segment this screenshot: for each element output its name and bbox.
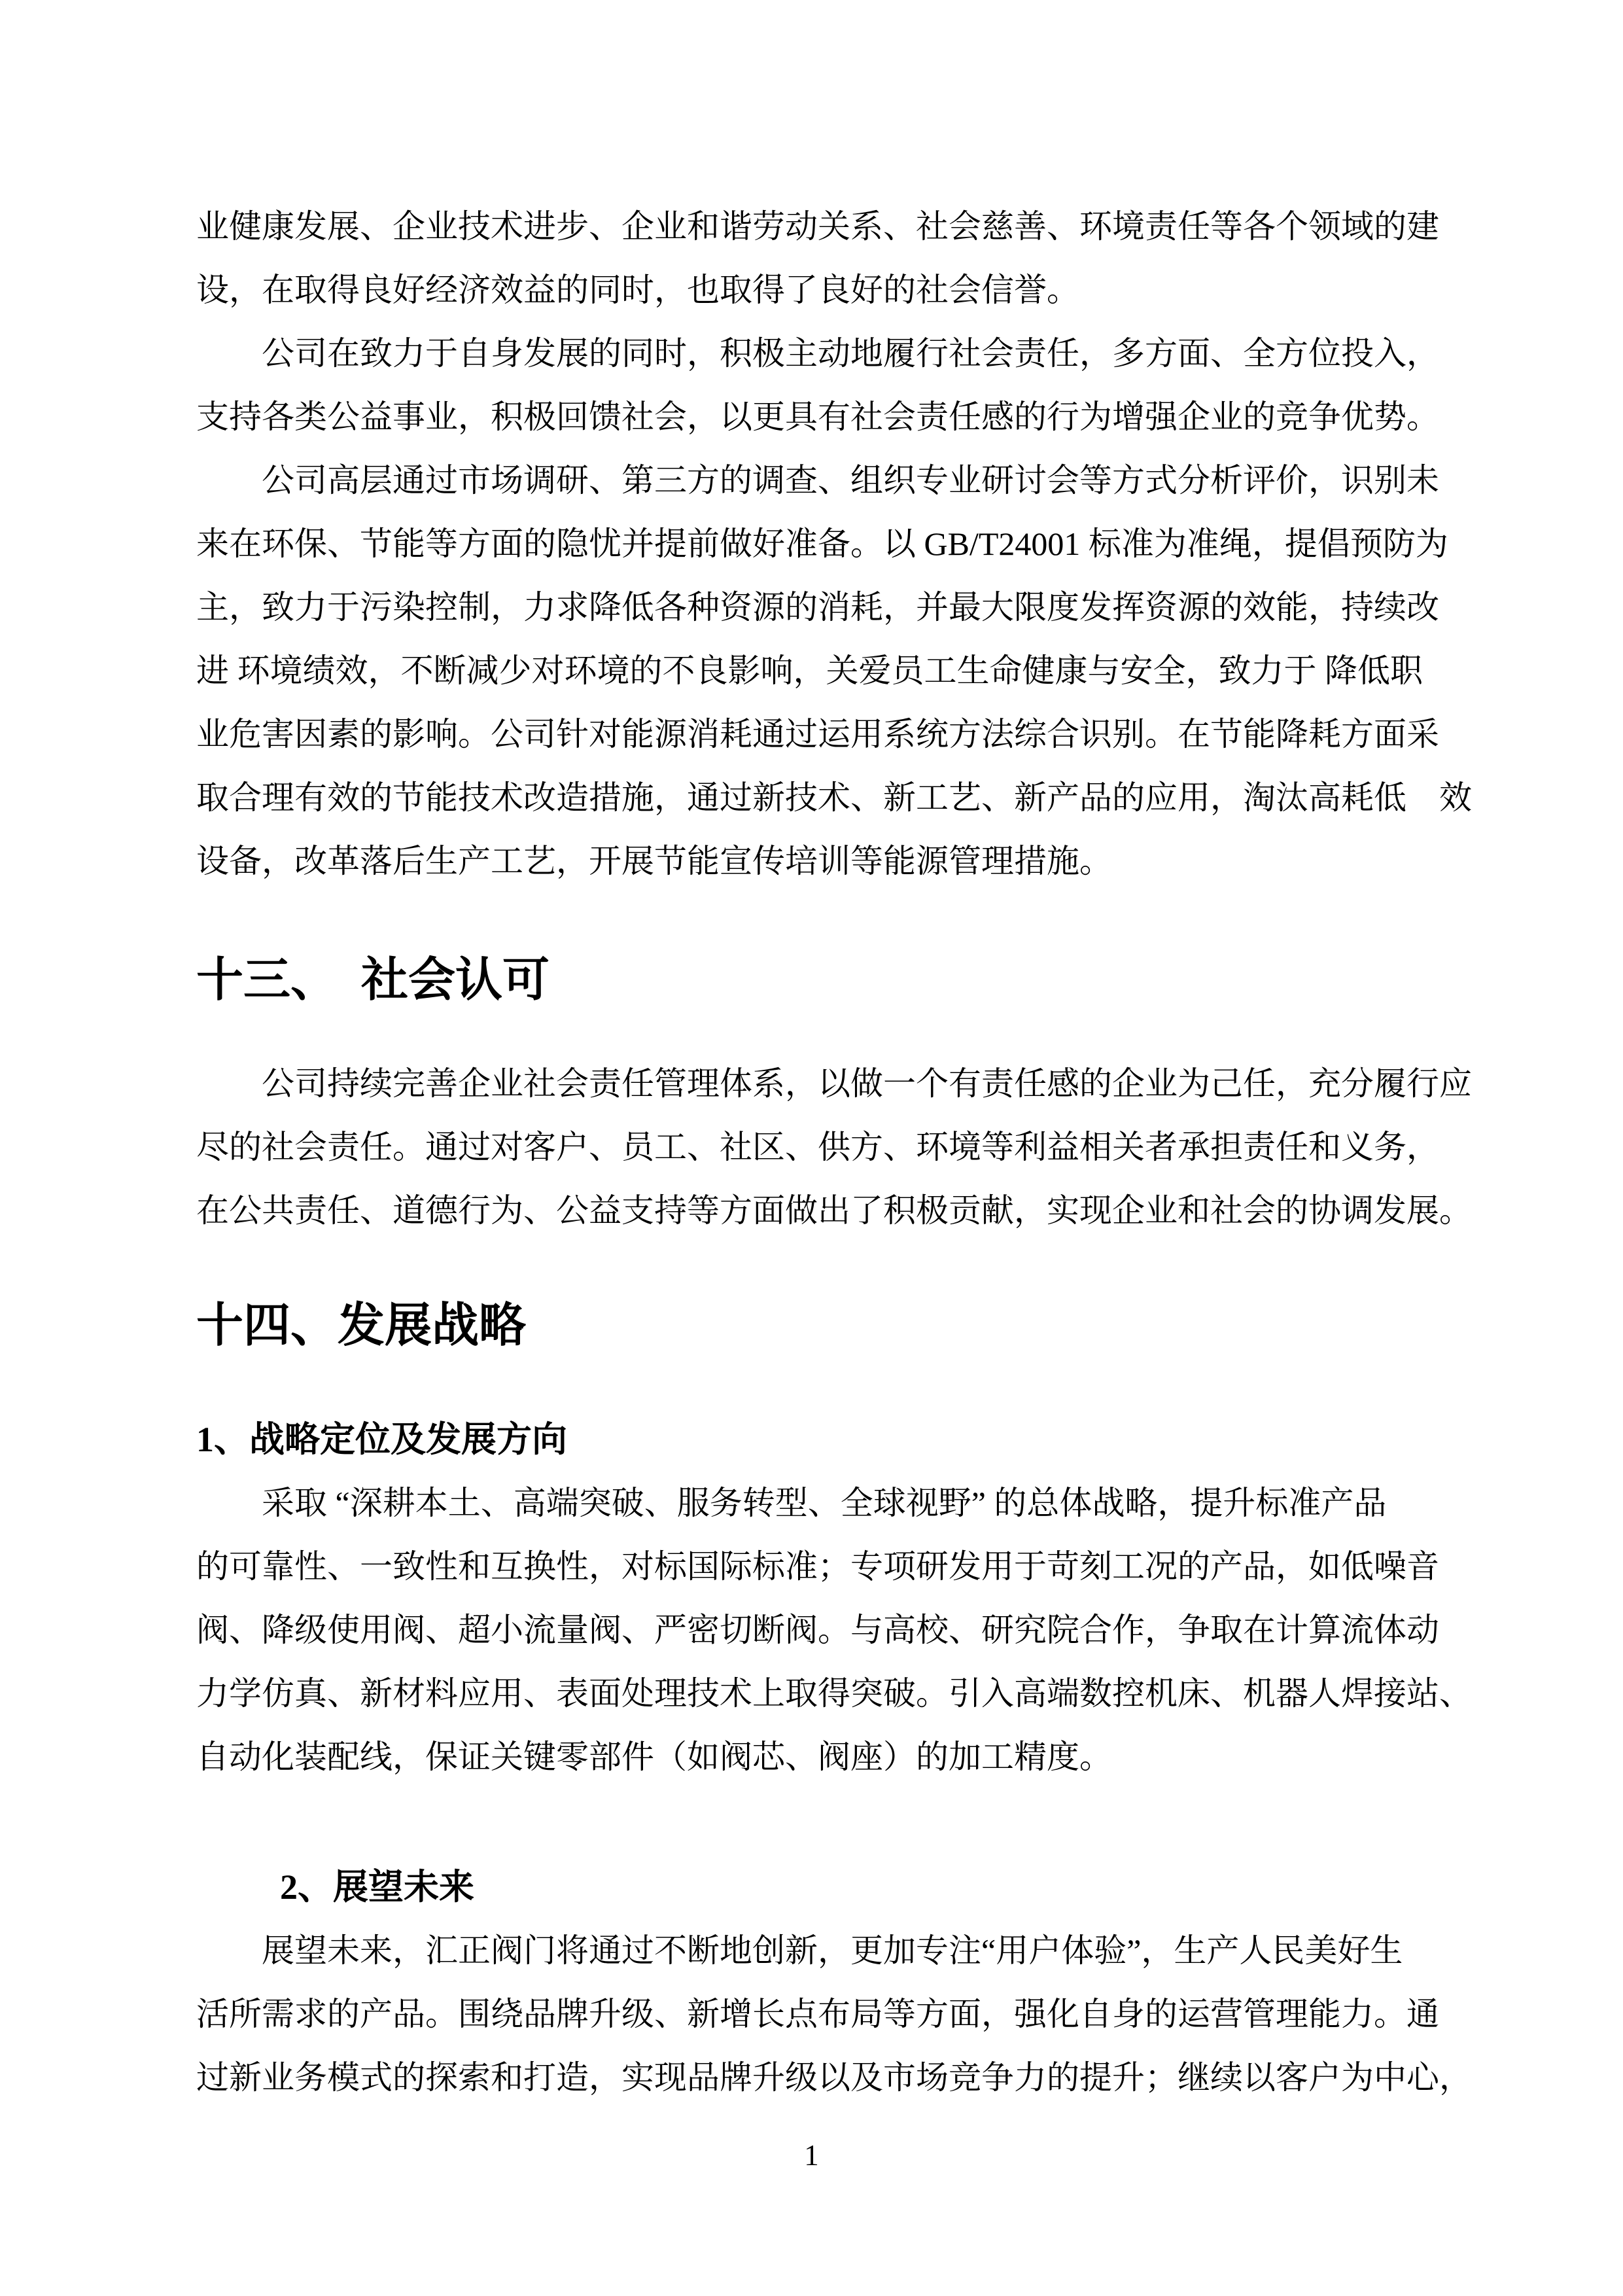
text-line: 业健康发展、企业技术进步、企业和谐劳动关系、社会慈善、环境责任等各个领域的建 <box>196 195 1433 258</box>
text-line: 力学仿真、新材料应用、表面处理技术上取得突破。引入高端数控机床、机器人焊接站、 <box>196 1662 1433 1725</box>
text-line: 阀、降级使用阀、超小流量阀、严密切断阀。与高校、研究院合作，争取在计算流体动 <box>196 1598 1433 1662</box>
document-page: 业健康发展、企业技术进步、企业和谐劳动关系、社会慈善、环境责任等各个领域的建 设… <box>0 0 1623 2296</box>
text-line: 过新业务模式的探索和打造，实现品牌升级以及市场竞争力的提升；继续以客户为中心， <box>196 2046 1433 2110</box>
text-line: 设备，改革落后生产工艺，开展节能宣传培训等能源管理措施。 <box>196 830 1433 893</box>
text-line: 采取 “深耕本土、高端突破、服务转型、全球视野” 的总体战略，提升标准产品 <box>196 1472 1433 1535</box>
text-line: 进 环境绩效，不断减少对环境的不良影响，关爱员工生命健康与安全，致力于 降低职 <box>196 639 1433 703</box>
text-line: 自动化装配线，保证关键零部件（如阀芯、阀座）的加工精度。 <box>196 1725 1433 1789</box>
subsection-heading-2: 2、展望未来 <box>196 1856 1433 1919</box>
text-line: 公司高层通过市场调研、第三方的调查、组织专业研讨会等方式分析评价，识别未 <box>196 449 1433 512</box>
text-line: 展望未来，汇正阀门将通过不断地创新，更加专注“用户体验”，生产人民美好生 <box>196 1919 1433 1983</box>
paragraph: 公司高层通过市场调研、第三方的调查、组织专业研讨会等方式分析评价，识别未 来在环… <box>196 449 1433 893</box>
text-line: 主，致力于污染控制，力求降低各种资源的消耗，并最大限度发挥资源的效能，持续改 <box>196 576 1433 639</box>
subsection-heading-1: 1、战略定位及发展方向 <box>196 1408 1433 1472</box>
section-heading-13: 十三、 社会认可 <box>196 944 1433 1016</box>
text-line: 尽的社会责任。通过对客户、员工、社区、供方、环境等利益相关者承担责任和义务， <box>196 1116 1433 1179</box>
text-line: 来在环保、节能等方面的隐忧并提前做好准备。以 GB/T24001 标准为准绳，提… <box>196 512 1433 576</box>
paragraph: 公司在致力于自身发展的同时，积极主动地履行社会责任，多方面、全方位投入， 支持各… <box>196 322 1433 449</box>
text-line: 公司在致力于自身发展的同时，积极主动地履行社会责任，多方面、全方位投入， <box>196 322 1433 385</box>
text-line: 公司持续完善企业社会责任管理体系，以做一个有责任感的企业为己任，充分履行应 <box>196 1052 1433 1116</box>
paragraph: 公司持续完善企业社会责任管理体系，以做一个有责任感的企业为己任，充分履行应 尽的… <box>196 1052 1433 1243</box>
page-content: 业健康发展、企业技术进步、企业和谐劳动关系、社会慈善、环境责任等各个领域的建 设… <box>196 195 1433 2110</box>
text-line: 的可靠性、一致性和互换性，对标国际标准；专项研发用于苛刻工况的产品，如低噪音 <box>196 1535 1433 1598</box>
text-line: 设，在取得良好经济效益的同时，也取得了良好的社会信誉。 <box>196 258 1433 322</box>
page-number: 1 <box>0 2136 1623 2175</box>
text-line: 业危害因素的影响。公司针对能源消耗通过运用系统方法综合识别。在节能降耗方面采 <box>196 703 1433 766</box>
paragraph: 展望未来，汇正阀门将通过不断地创新，更加专注“用户体验”，生产人民美好生 活所需… <box>196 1919 1433 2110</box>
text-line: 活所需求的产品。围绕品牌升级、新增长点布局等方面，强化自身的运营管理能力。通 <box>196 1983 1433 2046</box>
paragraph: 业健康发展、企业技术进步、企业和谐劳动关系、社会慈善、环境责任等各个领域的建 设… <box>196 195 1433 322</box>
text-line: 支持各类公益事业，积极回馈社会，以更具有社会责任感的行为增强企业的竞争优势。 <box>196 385 1433 449</box>
paragraph: 采取 “深耕本土、高端突破、服务转型、全球视野” 的总体战略，提升标准产品 的可… <box>196 1472 1433 1789</box>
text-line: 在公共责任、道德行为、公益支持等方面做出了积极贡献，实现企业和社会的协调发展。 <box>196 1179 1433 1243</box>
section-heading-14: 十四、发展战略 <box>196 1290 1433 1362</box>
text-line: 取合理有效的节能技术改造措施，通过新技术、新工艺、新产品的应用，淘汰高耗低 效 <box>196 766 1433 830</box>
